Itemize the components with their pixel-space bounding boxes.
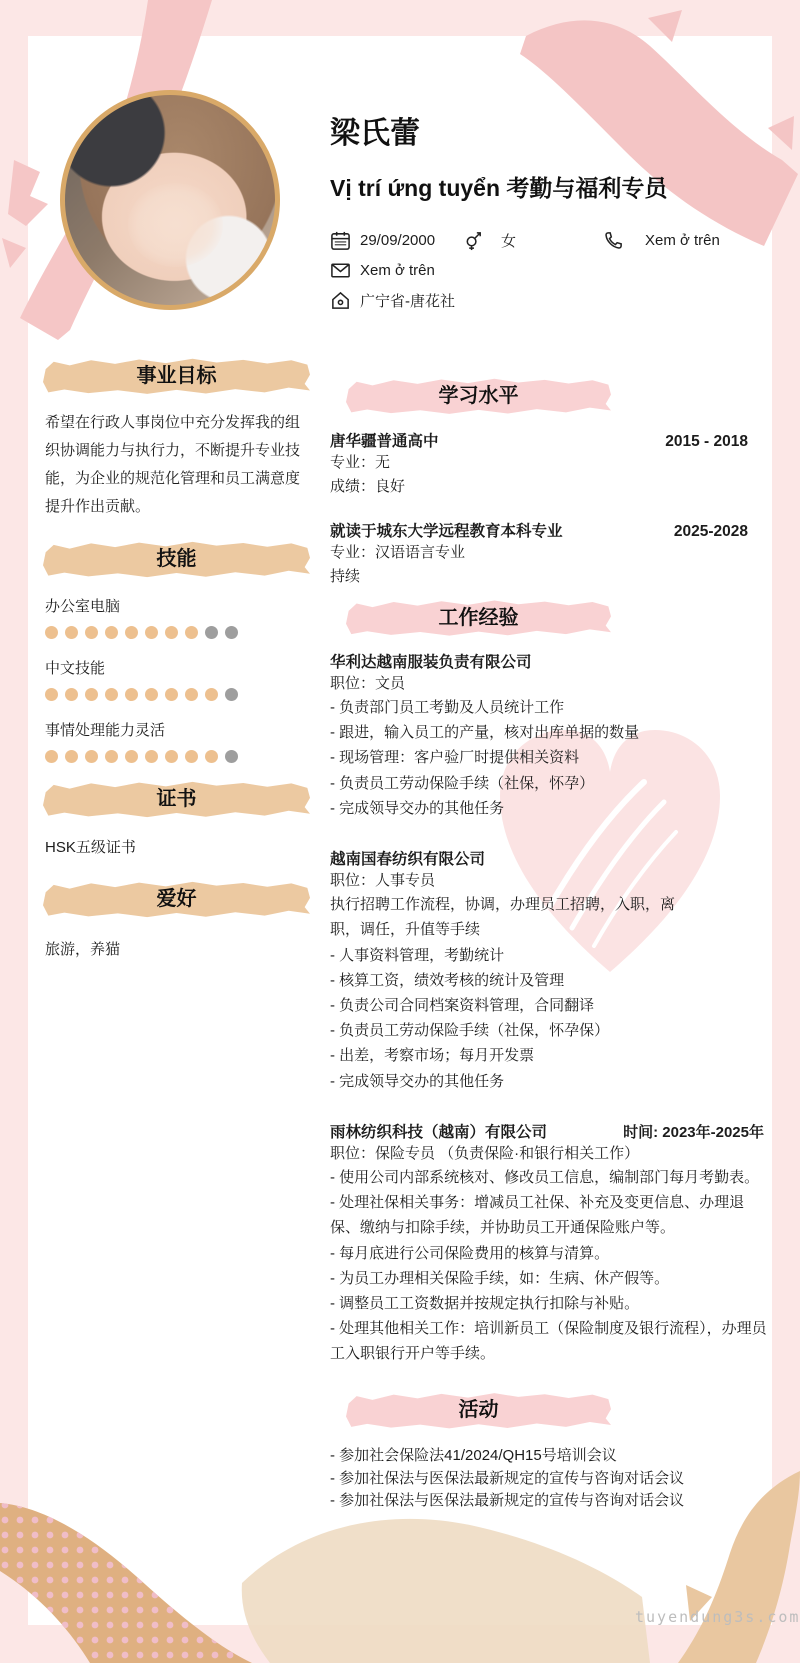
right-column: 学习水平 唐华疆普通高中 2015 - 2018 专业：无 成绩：良好 就读于城…: [330, 378, 770, 1513]
dot-filled: [85, 626, 98, 639]
skill-item: 中文技能: [43, 657, 310, 701]
job-bullets: - 使用公司内部系统核对、修改员工信息，编制部门每月考勤表。- 处理社保相关事务…: [330, 1165, 770, 1367]
skill-item: 办公室电脑: [43, 595, 310, 639]
frame-bottom: [0, 1625, 800, 1663]
dot-filled: [185, 688, 198, 701]
dot-filled: [65, 688, 78, 701]
job-item: 越南国春纺织有限公司 职位：人事专员 执行招聘工作流程，协调，办理员工招聘，入职…: [330, 847, 770, 1094]
dot-filled: [205, 688, 218, 701]
skill-level-dots: [45, 750, 310, 763]
education-detail: 专业：无: [330, 451, 770, 475]
section-header-skills: 技能: [43, 541, 310, 578]
dot-filled: [45, 688, 58, 701]
contact-phone: Xem ở trên: [603, 230, 720, 251]
education-period: 2015 - 2018: [665, 433, 748, 451]
job-company: 雨林纺织科技（越南）有限公司: [330, 1120, 547, 1142]
dot-filled: [145, 750, 158, 763]
section-header-activities: 活动: [346, 1392, 611, 1429]
photo-highlight: [128, 183, 223, 267]
activity-item: - 参加社保法与医保法最新规定的宣传与咨询对话会议: [330, 1468, 770, 1491]
dot-empty: [225, 750, 238, 763]
dot-filled: [105, 750, 118, 763]
job-bullet: - 负责员工劳动保险手续（社保，怀孕）: [330, 771, 698, 796]
activity-item: - 参加社保法与医保法最新规定的宣传与咨询对话会议: [330, 1490, 770, 1513]
gender-icon: [463, 230, 484, 251]
dot-filled: [105, 626, 118, 639]
education-detail: 专业：汉语语言专业: [330, 541, 770, 565]
dot-filled: [45, 626, 58, 639]
activity-item: - 参加社会保险法41/2024/QH15号培训会议: [330, 1445, 770, 1468]
objective-text: 希望在行政人事岗位中充分发挥我的组织协调能力与执行力，不断提升专业技能，为企业的…: [45, 409, 310, 521]
job-company: 华利达越南服装负责有限公司: [330, 650, 532, 672]
section-header-experience: 工作经验: [346, 600, 611, 637]
job-item: 华利达越南服装负责有限公司 职位：文员 - 负责部门员工考勤及人员统计工作- 跟…: [330, 650, 770, 821]
job-role: 职位：人事专员: [330, 869, 770, 892]
dot-filled: [85, 688, 98, 701]
job-bullet: - 跟进，输入员工的产量，核对出库单据的数量: [330, 720, 698, 745]
job-company: 越南国春纺织有限公司: [330, 847, 485, 869]
phone-icon: [603, 230, 624, 251]
skill-label: 办公室电脑: [45, 595, 310, 616]
home-icon: [330, 290, 351, 311]
education-school: 唐华疆普通高中: [330, 429, 439, 451]
skill-label: 中文技能: [45, 657, 310, 678]
frame-left: [0, 0, 28, 1663]
watermark: tuyendung3s.com: [635, 1608, 800, 1626]
calendar-icon: [330, 230, 351, 251]
job-bullet: - 完成领导交办的其他任务: [330, 796, 698, 821]
section-header-certificates: 证书: [43, 781, 310, 818]
job-bullet: - 负责部门员工考勤及人员统计工作: [330, 695, 698, 720]
dot-filled: [125, 750, 138, 763]
job-role: 职位：文员: [330, 672, 770, 695]
education-period: 2025-2028: [674, 523, 748, 541]
dot-filled: [65, 626, 78, 639]
position-title: Vị trí ứng tuyển 考勤与福利专员: [330, 170, 667, 203]
skill-level-dots: [45, 688, 310, 701]
hobbies-text: 旅游，养猫: [45, 938, 310, 959]
dot-filled: [45, 750, 58, 763]
job-bullet: - 负责公司合同档案资料管理，合同翻译: [330, 993, 698, 1018]
dot-filled: [105, 688, 118, 701]
section-header-hobbies: 爱好: [43, 881, 310, 918]
dot-filled: [65, 750, 78, 763]
dot-filled: [165, 750, 178, 763]
phone-value: Xem ở trên: [645, 232, 720, 249]
job-bullet: - 每月底进行公司保险费用的核算与清算。: [330, 1241, 770, 1266]
dot-empty: [225, 688, 238, 701]
skill-level-dots: [45, 626, 310, 639]
education-detail: 持续: [330, 565, 770, 589]
dot-filled: [145, 626, 158, 639]
dot-filled: [125, 688, 138, 701]
skills-list: 办公室电脑 中文技能 事情处理能力灵活: [43, 595, 310, 763]
dot-empty: [225, 626, 238, 639]
job-bullet: - 使用公司内部系统核对、修改员工信息，编制部门每月考勤表。: [330, 1165, 770, 1190]
brush-stroke-top-right: [468, 8, 800, 268]
section-header-education: 学习水平: [346, 378, 611, 415]
address-value: 广宁省-唐花社: [360, 290, 455, 311]
job-period: 时间: 2023年-2025年: [623, 1121, 764, 1142]
education-item: 唐华疆普通高中 2015 - 2018 专业：无 成绩：良好: [330, 429, 770, 498]
job-bullet: - 为员工办理相关保险手续，如：生病、休产假等。: [330, 1266, 770, 1291]
job-bullets: - 负责部门员工考勤及人员统计工作- 跟进，输入员工的产量，核对出库单据的数量-…: [330, 695, 698, 821]
job-bullet: - 处理社保相关事务：增减员工社保、补充及变更信息、办理退保、缴纳与扣除手续，并…: [330, 1190, 770, 1240]
activities-list: - 参加社会保险法41/2024/QH15号培训会议- 参加社保法与医保法最新规…: [330, 1445, 770, 1513]
dot-empty: [205, 626, 218, 639]
job-bullets: 执行招聘工作流程，协调，办理员工招聘，入职，离职，调任，升值等手续- 人事资料管…: [330, 892, 698, 1094]
dot-filled: [205, 750, 218, 763]
job-bullet: - 核算工资，绩效考核的统计及管理: [330, 968, 698, 993]
job-bullet: - 完成领导交办的其他任务: [330, 1069, 698, 1094]
skill-item: 事情处理能力灵活: [43, 719, 310, 763]
left-column: 事业目标 希望在行政人事岗位中充分发挥我的组织协调能力与执行力，不断提升专业技能…: [43, 358, 310, 983]
frame-top: [0, 0, 800, 36]
candidate-name: 梁氏蕾: [330, 108, 420, 152]
frame-right: [772, 0, 800, 1663]
job-bullet: - 负责员工劳动保险手续（社保，怀孕保）: [330, 1018, 698, 1043]
job-item: 雨林纺织科技（越南）有限公司 时间: 2023年-2025年 职位：保险专员 （…: [330, 1120, 770, 1367]
dot-filled: [125, 626, 138, 639]
contact-gender: 女: [463, 230, 516, 251]
job-bullet: - 出差，考察市场；每月开发票: [330, 1043, 698, 1068]
contact-email: Xem ở trên: [330, 260, 435, 281]
contact-dob: 29/09/2000: [330, 230, 435, 251]
dot-filled: [165, 626, 178, 639]
dot-filled: [185, 626, 198, 639]
dob-value: 29/09/2000: [360, 232, 435, 249]
certificate-text: HSK五级证书: [45, 836, 310, 857]
dot-filled: [145, 688, 158, 701]
education-detail: 成绩：良好: [330, 475, 770, 499]
profile-photo: [60, 90, 280, 310]
education-item: 就读于城东大学远程教育本科专业 2025-2028 专业：汉语语言专业 持续: [330, 519, 770, 588]
job-bullet: - 处理其他相关工作：培训新员工（保险制度及银行流程），办理员工入职银行开户等手…: [330, 1316, 770, 1366]
dot-filled: [185, 750, 198, 763]
email-value: Xem ở trên: [360, 262, 435, 279]
job-bullet: - 调整员工工资数据并按规定执行扣除与补贴。: [330, 1291, 770, 1316]
dot-filled: [85, 750, 98, 763]
email-icon: [330, 260, 351, 281]
skill-label: 事情处理能力灵活: [45, 719, 310, 740]
job-bullet: 执行招聘工作流程，协调，办理员工招聘，入职，离职，调任，升值等手续: [330, 892, 698, 942]
section-header-objective: 事业目标: [43, 358, 310, 395]
resume-page: 梁氏蕾 Vị trí ứng tuyển 考勤与福利专员 29/09/2000 …: [0, 0, 800, 1663]
job-bullet: - 现场管理：客户验厂时提供相关资料: [330, 745, 698, 770]
education-school: 就读于城东大学远程教育本科专业: [330, 519, 563, 541]
job-role: 职位：保险专员 （负责保险·和银行相关工作）: [330, 1142, 770, 1165]
dot-filled: [165, 688, 178, 701]
gender-value: 女: [501, 230, 516, 251]
job-bullet: - 人事资料管理，考勤统计: [330, 943, 698, 968]
contact-address: 广宁省-唐花社: [330, 290, 455, 311]
